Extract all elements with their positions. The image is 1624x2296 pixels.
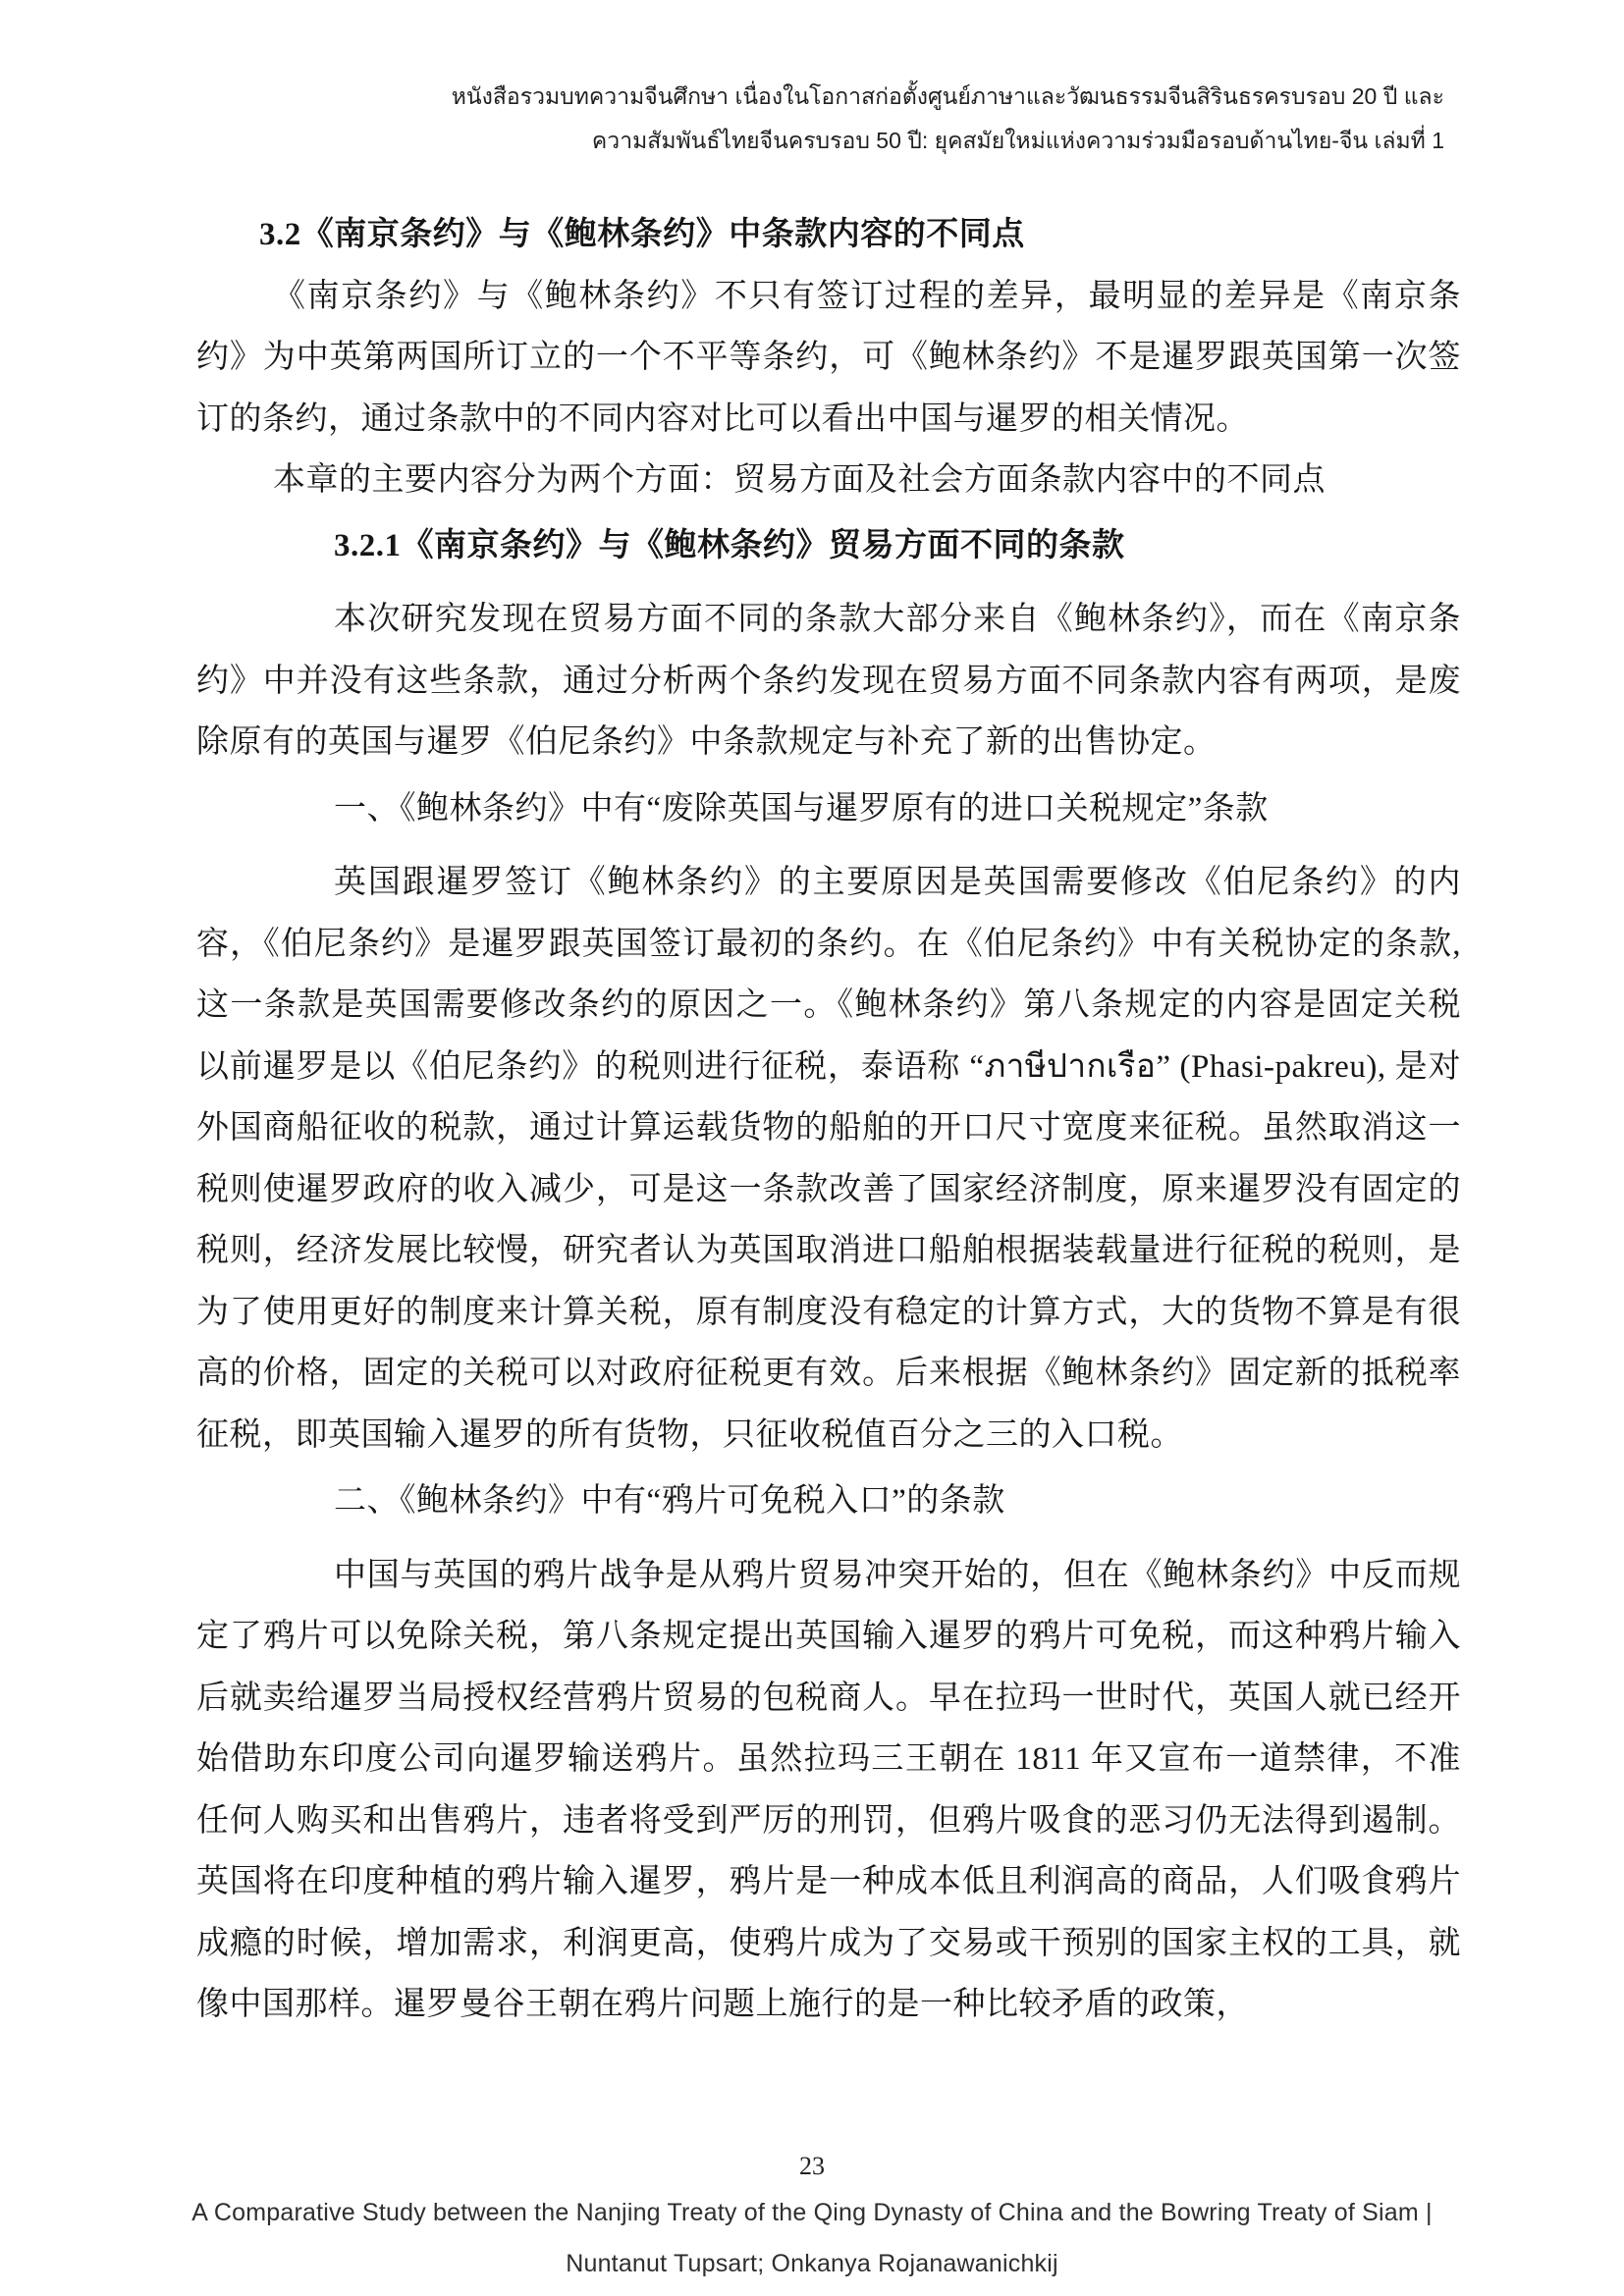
paragraph-chapter-scope: 本章的主要内容分为两个方面：贸易方面及社会方面条款内容中的不同点	[196, 450, 1461, 511]
footer-article-title: A Comparative Study between the Nanjing …	[98, 2199, 1526, 2227]
running-head: หนังสือรวมบทความจีนศึกษา เนื่องในโอกาสก่…	[196, 75, 1444, 163]
paragraph-trade-findings: 本次研究发现在贸易方面不同的条款大部分来自《鲍林条约》，而在《南京条约》中并没有…	[196, 589, 1461, 774]
paragraph-opium-details: 中国与英国的鸦片战争是从鸦片贸易冲突开始的，但在《鲍林条约》中反而规定了鸦片可以…	[196, 1545, 1461, 2036]
footer-authors: Nuntanut Tupsart; Onkanya Rojanawanichki…	[98, 2250, 1526, 2278]
paragraph-intro-differences: 《南京条约》与《鲍林条约》不只有签订过程的差异，最明显的差异是《南京条约》为中英…	[196, 266, 1461, 451]
running-head-line-2: ความสัมพันธ์ไทยจีนครบรอบ 50 ปี: ยุคสมัยใ…	[196, 119, 1444, 163]
paragraph-tariff-details: 英国跟暹罗签订《鲍林条约》的主要原因是英国需要修改《伯尼条约》的内容，《伯尼条约…	[196, 852, 1461, 1466]
body-text: 3.2《南京条约》与《鲍林条约》中条款内容的不同点 《南京条约》与《鲍林条约》不…	[196, 204, 1461, 2036]
item-one-tariff-abolition: 一、《鲍林条约》中有“废除英国与暹罗原有的进口关税规定”条款	[196, 778, 1461, 840]
item-two-opium-duty-free: 二、《鲍林条约》中有“鸦片可免税入口”的条款	[196, 1470, 1461, 1532]
running-head-line-1: หนังสือรวมบทความจีนศึกษา เนื่องในโอกาสก่…	[196, 75, 1444, 119]
heading-3-2: 3.2《南京条约》与《鲍林条约》中条款内容的不同点	[196, 204, 1461, 266]
heading-3-2-1: 3.2.1《南京条约》与《鲍林条约》贸易方面不同的条款	[196, 515, 1461, 577]
page-number: 23	[0, 2152, 1624, 2181]
document-page: หนังสือรวมบทความจีนศึกษา เนื่องในโอกาสก่…	[0, 0, 1624, 2296]
